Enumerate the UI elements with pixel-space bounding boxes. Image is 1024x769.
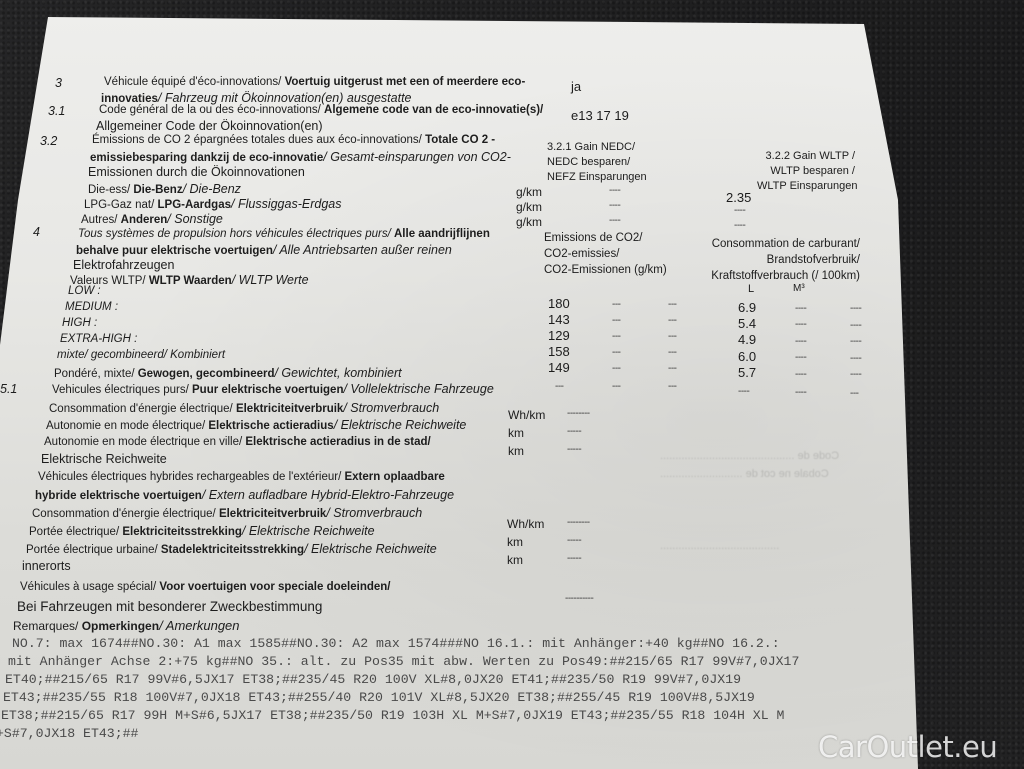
wltp-values-label: Valeurs WLTP/ WLTP Waarden/ WLTP Werte — [70, 274, 309, 288]
phase-combined: mixte/ gecombineerd/ Kombiniert — [57, 350, 225, 362]
value: -------- — [567, 518, 590, 528]
unit: km — [507, 536, 523, 548]
wltp-cell-co2: 158 — [548, 345, 570, 358]
wltp-cell-c2: --- — [612, 364, 621, 374]
wltp-header: 3.2.2 Gain WLTP / WLTP besparen / WLTP E… — [757, 149, 855, 194]
phase-high: HIGH : — [62, 318, 97, 330]
value: ----- — [567, 427, 581, 437]
wltp-cell-l: ---- — [738, 387, 749, 397]
phase-extra-high: EXTRA-HIGH : — [60, 334, 137, 346]
wltp-cell-c3: --- — [668, 316, 677, 326]
s4-label-cont: behalve puur elektrische voertuigen/ All… — [76, 244, 452, 258]
section-number: 3.2 — [40, 135, 57, 148]
remarks-line: ET43;##235/55 R18 100V#7,0JX18 ET43;##25… — [3, 691, 755, 704]
wltp-cell-x: ---- — [850, 321, 861, 331]
wltp-cell-c2: --- — [612, 382, 621, 392]
remarks-line: +S#7,0JX18 ET43;## — [0, 727, 138, 740]
document-page: Code de ................................… — [0, 0, 1024, 769]
bev-city-range: Autonomie en mode électrique en ville/ E… — [44, 437, 431, 449]
wltp-cell-c3: --- — [668, 300, 677, 310]
phev-range: Portée électrique/ Elektriciteitsstrekki… — [29, 525, 375, 539]
wltp-value: 2.35 — [726, 191, 751, 204]
nedc-value: ---- — [609, 216, 620, 226]
wltp-cell-x: ---- — [850, 304, 861, 314]
special-purpose-label: Véhicules à usage spécial/ Voor voertuig… — [20, 582, 391, 594]
s4-label-de: Elektrofahrzeugen — [73, 259, 174, 272]
remarks-line: NO.7: max 1674##NO.30: A1 max 1585##NO.3… — [12, 637, 780, 650]
fuel-row-lpg: LPG-Gaz nat/ LPG-Aardgas/ Flussiggas-Erd… — [84, 198, 341, 212]
wltp-cell-x: ---- — [850, 337, 861, 347]
nedc-value: ---- — [609, 201, 620, 211]
section-number: 3 — [55, 77, 62, 90]
fuel-header: Consommation de carburant/ Brandstofverb… — [710, 236, 860, 284]
nedc-header: 3.2.1 Gain NEDC/ NEDC besparen/ NEFZ Ein… — [547, 140, 647, 185]
wltp-cell-l: 4.9 — [738, 333, 756, 346]
co2-header: Emissions de CO2/ CO2-emissies/ CO2-Emis… — [544, 230, 667, 278]
fuel-unit-m3: M³ — [793, 284, 805, 294]
wltp-cell-c3: --- — [668, 332, 677, 342]
unit: Wh/km — [507, 518, 544, 530]
wltp-value: ---- — [734, 206, 745, 216]
unit: Wh/km — [508, 409, 545, 421]
phase-low: LOW : — [68, 286, 101, 298]
wltp-cell-c3: --- — [668, 364, 677, 374]
nedc-value: ---- — [609, 186, 620, 196]
wltp-cell-l: 5.7 — [738, 366, 756, 379]
wltp-cell-c2: --- — [612, 316, 621, 326]
wltp-cell-x: ---- — [850, 370, 861, 380]
wltp-cell-c3: --- — [668, 348, 677, 358]
wltp-value: ---- — [734, 221, 745, 231]
value: ----- — [567, 554, 581, 564]
fuel-unit-l: L — [748, 284, 754, 295]
bev-range: Autonomie en mode électrique/ Elektrisch… — [46, 419, 466, 433]
s31-label: Code général de la ou des éco-innovation… — [99, 105, 543, 117]
s31-value: e13 17 19 — [571, 109, 629, 122]
fuel-row-other: Autres/ Anderen/ Sonstige — [81, 213, 223, 227]
s3-label-cont: innovaties/ Fahrzeug mit Ökoinnovation(e… — [101, 92, 412, 106]
phev-label-cont: hybride elektrische voertuigen/ Extern a… — [35, 489, 454, 503]
remarks-label: Remarques/ Opmerkingen/ Amerkungen — [13, 619, 240, 632]
wltp-cell-m3: ---- — [795, 370, 806, 380]
wltp-cell-co2: 129 — [548, 329, 570, 342]
unit: g/km — [516, 186, 542, 198]
wltp-cell-co2: 180 — [548, 297, 570, 310]
s32-label-de: Emissionen durch die Ökoinnovationen — [88, 166, 305, 179]
bleed-through-text: ....................................... — [660, 540, 779, 552]
wltp-cell-c3: --- — [668, 382, 677, 392]
wltp-cell-m3: ---- — [795, 353, 806, 363]
fuel-row-diesel: Die-ess/ Die-Benz/ Die-Benz — [88, 183, 241, 197]
remarks-line: mit Anhänger Achse 2:+75 kg##NO 35.: alt… — [8, 655, 799, 668]
wltp-cell-co2: 149 — [548, 361, 570, 374]
s31-label-de: Allgemeiner Code der Ökoinnovation(en) — [96, 120, 323, 133]
wltp-cell-x: ---- — [850, 354, 861, 364]
wltp-cell-m3: ---- — [795, 320, 806, 330]
wltp-cell-l: 6.0 — [738, 350, 756, 363]
s32-label-cont: emissiebesparing dankzij de eco-innovati… — [90, 151, 511, 165]
unit: g/km — [516, 216, 542, 228]
s51-label: Vehicules électriques purs/ Puur elektri… — [52, 383, 494, 397]
special-purpose-label-de: Bei Fahrzeugen mit besonderer Zweckbesti… — [17, 600, 322, 614]
wltp-cell-co2: --- — [555, 382, 564, 392]
bev-city-range-de: Elektrische Reichweite — [41, 453, 167, 466]
bleed-through-text: Code de ................................… — [660, 450, 839, 462]
remarks-line: ET40;##215/65 R17 99V#6,5JX17 ET38;##235… — [5, 673, 741, 686]
unit: km — [508, 445, 524, 457]
remarks-line: ET38;##215/65 R17 99H M+S#6,5JX17 ET38;#… — [1, 709, 784, 722]
phev-label: Véhicules électriques hybrides rechargea… — [38, 472, 445, 484]
wltp-cell-m3: ---- — [795, 304, 806, 314]
wltp-cell-c2: --- — [612, 332, 621, 342]
section-number: 5.1 — [0, 383, 17, 396]
watermark-logo: CarOutlet.eu — [818, 730, 997, 764]
section-number: 3.1 — [48, 105, 65, 118]
special-purpose-value: ---------- — [565, 594, 593, 604]
phase-weighted: Pondéré, mixte/ Gewogen, gecombineerd/ G… — [54, 367, 402, 381]
phev-urban-range: Portée électrique urbaine/ Stadelektrici… — [26, 543, 437, 557]
phev-energy-consumption: Consommation d'énergie électrique/ Elekt… — [32, 507, 422, 521]
phev-urban-range-de: innerorts — [22, 560, 71, 573]
value: ----- — [567, 445, 581, 455]
s32-label: Émissions de CO 2 épargnées totales dues… — [92, 135, 495, 147]
unit: g/km — [516, 201, 542, 213]
phase-medium: MEDIUM : — [65, 302, 118, 314]
s3-value: ja — [571, 80, 581, 93]
wltp-cell-l: 6.9 — [738, 301, 756, 314]
unit: km — [508, 427, 524, 439]
value: -------- — [567, 409, 590, 419]
section-number: 4 — [33, 226, 40, 239]
wltp-cell-l: 5.4 — [738, 317, 756, 330]
wltp-cell-co2: 143 — [548, 313, 570, 326]
wltp-cell-x: --- — [850, 389, 859, 399]
unit: km — [507, 554, 523, 566]
s3-label: Véhicule équipé d'éco-innovations/ Voert… — [104, 77, 525, 89]
value: ----- — [567, 536, 581, 546]
wltp-cell-c2: --- — [612, 348, 621, 358]
wltp-cell-c2: --- — [612, 300, 621, 310]
bev-energy-consumption: Consommation d'énergie électrique/ Elekt… — [49, 402, 439, 416]
bleed-through-text: Cobale ne cot de .......................… — [660, 468, 829, 480]
wltp-cell-m3: ---- — [795, 388, 806, 398]
wltp-cell-m3: ---- — [795, 337, 806, 347]
s4-label: Tous systèmes de propulsion hors véhicul… — [78, 229, 490, 241]
